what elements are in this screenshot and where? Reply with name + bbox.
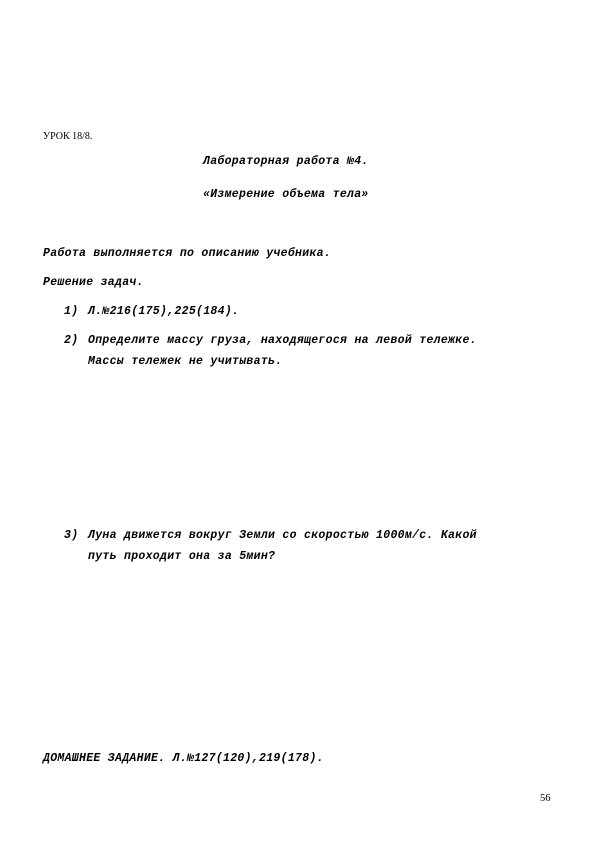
document-page: УРОК 18/8. Лабораторная работа №4. «Изме… <box>0 0 595 842</box>
task-text-line-2: Массы тележек не учитывать. <box>88 355 282 368</box>
lesson-label: УРОК 18/8. <box>43 131 92 142</box>
task-number: 2) <box>64 334 78 347</box>
homework: ДОМАШНЕЕ ЗАДАНИЕ. Л.№127(120),219(178). <box>43 752 324 765</box>
task-text: Л.№216(175),225(184). <box>88 305 239 318</box>
task-number: 3) <box>64 529 78 542</box>
task-text-line-1: Луна движется вокруг Земли со скоростью … <box>88 529 477 542</box>
solve-heading: Решение задач. <box>43 276 144 289</box>
lab-title: Лабораторная работа №4. <box>203 155 369 168</box>
page-number: 56 <box>540 793 551 804</box>
task-number: 1) <box>64 305 78 318</box>
task-text-line-2: путь проходит она за 5мин? <box>88 550 275 563</box>
lab-subtitle: «Измерение объема тела» <box>203 188 369 201</box>
task-text-line-1: Определите массу груза, находящегося на … <box>88 334 477 347</box>
work-note: Работа выполняется по описанию учебника. <box>43 247 331 260</box>
